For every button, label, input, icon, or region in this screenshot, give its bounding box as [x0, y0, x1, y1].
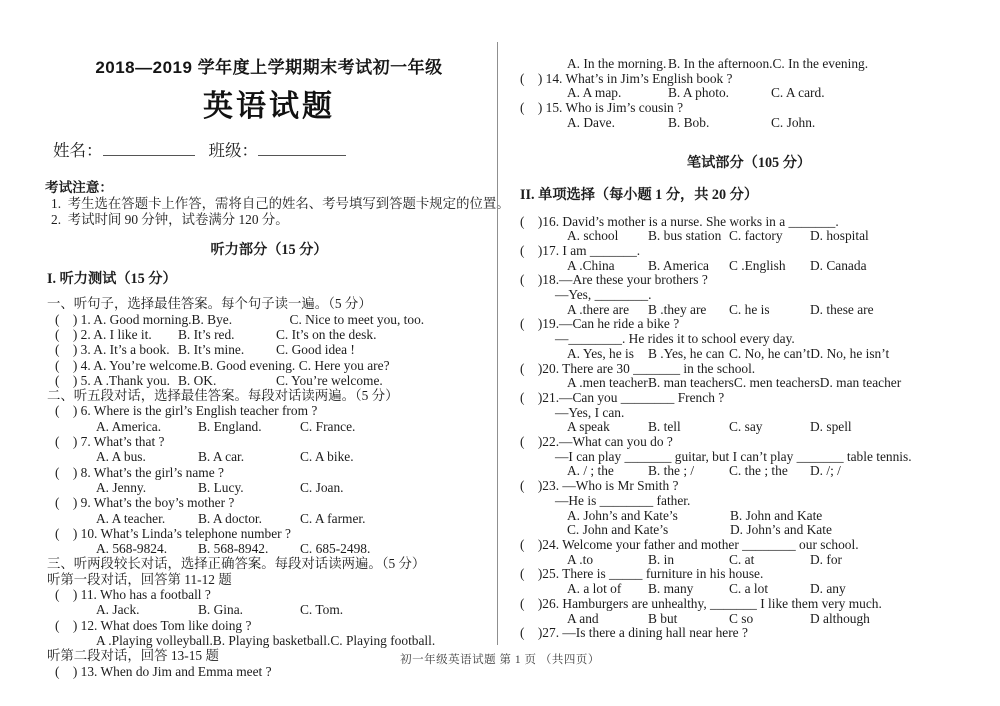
- option-item: B. In the afternoon.: [668, 57, 773, 72]
- option-item: C. the ; the: [729, 464, 810, 479]
- option-item: A. / ; the: [567, 464, 648, 479]
- exam-session-title: 2018—2019 学年度上学期期末考试初一年级: [41, 53, 497, 78]
- options-row: A speakB. tellC. sayD. spell: [518, 420, 980, 435]
- option-item: A. America.: [96, 419, 198, 434]
- option-item: A. A bus.: [96, 449, 198, 464]
- option-item: C. factory: [729, 229, 810, 244]
- option-item: B. many: [648, 582, 729, 597]
- option-item: B. man teachers: [648, 376, 734, 391]
- option-item: A. A map.: [567, 86, 668, 101]
- option-item: C .English: [729, 259, 810, 274]
- line-text: ( )23. —Who is Mr Smith ?: [520, 479, 678, 494]
- line-text: —Yes, ________.: [555, 288, 651, 303]
- option-item: D. for: [810, 553, 842, 568]
- question-line: ( ) 12. What does Tom like doing ?: [41, 618, 497, 633]
- option-item: A .men teacher: [567, 376, 648, 391]
- option-item: B .they are: [648, 303, 729, 318]
- option-item: A. Jenny.: [96, 480, 198, 495]
- exam-notes-list: 1. 考生选在答题卡上作答，需将自己的姓名、考号填写到答题卡规定的位置。2. 考…: [41, 196, 497, 228]
- options-row: C. John and Kate’sD. John’s and Kate: [518, 523, 980, 538]
- question-line: ( ) 6. Where is the girl’s English teach…: [41, 403, 497, 418]
- option-item: A .China: [567, 259, 648, 274]
- option-item: D. these are: [810, 303, 874, 318]
- question-line: ( ) 8. What’s the girl’s name ?: [41, 465, 497, 480]
- line-text: ( )25. There is _____ furniture in his h…: [520, 567, 763, 582]
- line-text: C. It’s on the desk.: [276, 327, 376, 342]
- option-item: B. bus station: [648, 229, 729, 244]
- question-line: ( )20. There are 30 _______ in the schoo…: [518, 362, 980, 377]
- line-text: 一、听句子，选择最佳答案。每个句子读一遍。（5 分）: [47, 296, 372, 311]
- option-item: C. John and Kate’s: [567, 523, 730, 538]
- line-text: B. Bye.: [192, 312, 290, 327]
- option-item: C so: [729, 612, 810, 627]
- line-text: 2. 考试时间 90 分钟，试卷满分 120 分。: [51, 212, 289, 228]
- line-text: ( ) 11. Who has a football ?: [55, 587, 211, 602]
- option-item: D. hospital: [810, 229, 869, 244]
- option-item: B. 568-8942.: [198, 541, 300, 556]
- line-text: B. Good evening.: [201, 358, 299, 373]
- line-text: —I can play _______ guitar, but I can’t …: [555, 450, 912, 465]
- line-text: ( )21.—Can you ________ French ?: [520, 391, 724, 406]
- option-item: D. man teacher: [820, 376, 901, 391]
- line-text: ( ) 2. A. I like it.: [55, 327, 178, 342]
- option-item: D. spell: [810, 420, 852, 435]
- option-item: A. 568-9824.: [96, 541, 198, 556]
- options-row: A. A map.B. A photo.C. A card.: [518, 86, 980, 101]
- text-line: 2. 考试时间 90 分钟，试卷满分 120 分。: [45, 212, 497, 228]
- question-line: ( )24. Welcome your father and mother __…: [518, 538, 980, 553]
- option-item: C. 685-2498.: [300, 541, 370, 556]
- question-line: ( )27. —Is there a dining hall near here…: [518, 626, 980, 641]
- options-row: A. schoolB. bus stationC. factoryD. hosp…: [518, 229, 980, 244]
- exam-paper-page: 2018—2019 学年度上学期期末考试初一年级 英语试题 姓名：班级： 考试注…: [0, 0, 1000, 706]
- option-item: A. a lot of: [567, 582, 648, 597]
- question-line: ( )25. There is _____ furniture in his h…: [518, 567, 980, 582]
- text-line: 1. 考生选在答题卡上作答，需将自己的姓名、考号填写到答题卡规定的位置。: [45, 196, 497, 212]
- question-line: ( )16. David’s mother is a nurse. She wo…: [518, 215, 980, 230]
- options-row: A. / ; theB. the ; /C. the ; theD. /; /: [518, 464, 980, 479]
- option-item: C. say: [729, 420, 810, 435]
- option-item: B. the ; /: [648, 464, 729, 479]
- option-item: C. France.: [300, 419, 355, 434]
- option-item: D. No, he isn’t: [810, 347, 889, 362]
- option-item: C. Tom.: [300, 602, 343, 617]
- options-row: A. Dave.B. Bob.C. John.: [518, 116, 980, 131]
- listening-part-header: 听力部分（15 分）: [41, 239, 497, 259]
- line-text: —He is ________ father.: [555, 494, 690, 509]
- question-line: ( ) 3. A. It’s a book.B. It’s mine.C. Go…: [41, 342, 497, 357]
- listening-questions-continued: A. In the morning.B. In the afternoon.C.…: [518, 57, 980, 131]
- line-text: B. It’s mine.: [178, 342, 276, 357]
- written-part-header: 笔试部分（105 分）: [518, 152, 980, 172]
- left-column: 2018—2019 学年度上学期期末考试初一年级 英语试题 姓名：班级： 考试注…: [41, 0, 497, 679]
- options-row: A .ChinaB. AmericaC .EnglishD. Canada: [518, 259, 980, 274]
- answer-line: —________. He rides it to school every d…: [518, 332, 980, 347]
- student-info-row: 姓名：班级：: [41, 137, 497, 161]
- options-row: A. A bus.B. A car.C. A bike.: [41, 449, 497, 464]
- answer-line: —Yes, I can.: [518, 406, 980, 421]
- options-row: A .there areB .they areC. he isD. these …: [518, 303, 980, 318]
- line-text: ( ) 4. A. You’re welcome.: [55, 358, 201, 373]
- options-row: A. 568-9824.B. 568-8942.C. 685-2498.: [41, 541, 497, 556]
- name-field-label: 姓名：: [53, 141, 103, 160]
- options-row: A. In the morning.B. In the afternoon.C.…: [518, 57, 980, 72]
- answer-line: —I can play _______ guitar, but I can’t …: [518, 450, 980, 465]
- option-item: B. A car.: [198, 449, 300, 464]
- line-text: ( )18.—Are these your brothers ?: [520, 273, 708, 288]
- column-divider-line: [497, 42, 498, 645]
- option-item: C. In the evening.: [773, 57, 869, 72]
- option-item: C. Joan.: [300, 480, 344, 495]
- line-text: C. Here you are?: [299, 358, 390, 373]
- line-text: C. Nice to meet you, too.: [290, 312, 425, 327]
- options-row: A .toB. inC. atD. for: [518, 553, 980, 568]
- options-row: A .Playing volleyball.B. Playing basketb…: [41, 633, 497, 648]
- line-text: —________. He rides it to school every d…: [555, 332, 795, 347]
- line-text: ( ) 9. What’s the boy’s mother ?: [55, 495, 234, 510]
- line-text: ( )20. There are 30 _______ in the schoo…: [520, 362, 755, 377]
- option-item: B. A photo.: [668, 86, 771, 101]
- question-line: ( )22.—What can you do ?: [518, 435, 980, 450]
- class-field-label: 班级：: [209, 141, 259, 160]
- question-line: ( ) 11. Who has a football ?: [41, 587, 497, 602]
- line-text: ( )27. —Is there a dining hall near here…: [520, 626, 748, 641]
- question-line: ( )18.—Are these your brothers ?: [518, 273, 980, 288]
- option-item: D although: [810, 612, 870, 627]
- question-line: ( ) 14. What’s in Jim’s English book ?: [518, 72, 980, 87]
- option-item: B. John and Kate: [730, 509, 822, 524]
- line-text: ( )26. Hamburgers are unhealthy, _______…: [520, 597, 882, 612]
- option-item: A. Dave.: [567, 116, 668, 131]
- options-row: A. Yes, he isB .Yes, he canC. No, he can…: [518, 347, 980, 362]
- exam-subject-title: 英语试题: [41, 81, 497, 125]
- line-text: ( ) 5. A .Thank you.: [55, 373, 178, 388]
- line-text: ( ) 3. A. It’s a book.: [55, 342, 178, 357]
- text-line: 一、听句子，选择最佳答案。每个句子读一遍。（5 分）: [41, 296, 497, 311]
- option-item: B. Playing basketball.: [213, 633, 331, 648]
- question-line: ( ) 2. A. I like it.B. It’s red.C. It’s …: [41, 327, 497, 342]
- option-item: A and: [567, 612, 648, 627]
- option-item: B but: [648, 612, 729, 627]
- line-text: ( )16. David’s mother is a nurse. She wo…: [520, 215, 839, 230]
- line-text: ( )22.—What can you do ?: [520, 435, 673, 450]
- options-row: A. America.B. England.C. France.: [41, 419, 497, 434]
- option-item: B. A doctor.: [198, 511, 300, 526]
- option-item: C. he is: [729, 303, 810, 318]
- option-item: A speak: [567, 420, 648, 435]
- options-row: A. Jack.B. Gina.C. Tom.: [41, 602, 497, 617]
- option-item: A. A teacher.: [96, 511, 198, 526]
- line-text: ( )19.—Can he ride a bike ?: [520, 317, 679, 332]
- option-item: B. Lucy.: [198, 480, 300, 495]
- line-text: ( ) 10. What’s Linda’s telephone number …: [55, 526, 291, 541]
- text-line: 听第一段对话，回答第 11-12 题: [41, 572, 497, 587]
- line-text: 1. 考生选在答题卡上作答，需将自己的姓名、考号填写到答题卡规定的位置。: [51, 196, 510, 212]
- text-line: 二、听五段对话，选择最佳答案。每段对话读两遍。（5 分）: [41, 388, 497, 403]
- options-row: A andB butC soD although: [518, 612, 980, 627]
- option-item: A. In the morning.: [567, 57, 668, 72]
- option-item: A .Playing volleyball.: [96, 633, 213, 648]
- option-item: A. Yes, he is: [567, 347, 648, 362]
- option-item: D. Canada: [810, 259, 867, 274]
- answer-line: —He is ________ father.: [518, 494, 980, 509]
- question-line: ( )21.—Can you ________ French ?: [518, 391, 980, 406]
- line-text: ( ) 15. Who is Jim’s cousin ?: [520, 101, 683, 116]
- option-item: B. Gina.: [198, 602, 300, 617]
- option-item: C. Playing football.: [330, 633, 435, 648]
- listening-section-title: I. 听力测试（15 分）: [41, 268, 497, 288]
- exam-notes-heading: 考试注意：: [41, 176, 497, 196]
- option-item: C. No, he can’t: [729, 347, 810, 362]
- option-item: C. A bike.: [300, 449, 354, 464]
- options-row: A .men teacherB. man teachersC. men teac…: [518, 376, 980, 391]
- option-item: C. men teachers: [734, 376, 820, 391]
- option-item: C. A farmer.: [300, 511, 365, 526]
- question-line: ( )17. I am _______.: [518, 244, 980, 259]
- question-line: ( ) 1. A. Good morning.B. Bye.C. Nice to…: [41, 312, 497, 327]
- option-item: A .there are: [567, 303, 648, 318]
- option-item: B. Bob.: [668, 116, 771, 131]
- class-blank: [258, 141, 346, 156]
- option-item: D. any: [810, 582, 846, 597]
- line-text: C. You’re welcome.: [276, 373, 383, 388]
- options-row: A. Jenny.B. Lucy.C. Joan.: [41, 480, 497, 495]
- option-item: A. Jack.: [96, 602, 198, 617]
- line-text: ( ) 12. What does Tom like doing ?: [55, 618, 251, 633]
- options-row: A. A teacher.B. A doctor.C. A farmer.: [41, 511, 497, 526]
- option-item: B. England.: [198, 419, 300, 434]
- option-item: C. a lot: [729, 582, 810, 597]
- question-line: ( ) 7. What’s that ?: [41, 434, 497, 449]
- option-item: B. America: [648, 259, 729, 274]
- option-item: B. in: [648, 553, 729, 568]
- written-section-title: II. 单项选择（每小题 1 分，共 20 分）: [518, 184, 980, 204]
- line-text: ( )17. I am _______.: [520, 244, 640, 259]
- line-text: 听第一段对话，回答第 11-12 题: [47, 572, 232, 587]
- line-text: ( )24. Welcome your father and mother __…: [520, 538, 859, 553]
- option-item: D. /; /: [810, 464, 841, 479]
- line-text: ( ) 14. What’s in Jim’s English book ?: [520, 72, 733, 87]
- answer-line: —Yes, ________.: [518, 288, 980, 303]
- option-item: B. tell: [648, 420, 729, 435]
- question-line: ( )26. Hamburgers are unhealthy, _______…: [518, 597, 980, 612]
- question-line: ( )23. —Who is Mr Smith ?: [518, 479, 980, 494]
- line-text: B. It’s red.: [178, 327, 276, 342]
- line-text: C. Good idea !: [276, 342, 355, 357]
- line-text: 二、听五段对话，选择最佳答案。每段对话读两遍。（5 分）: [47, 388, 399, 403]
- option-item: C. John.: [771, 116, 815, 131]
- line-text: ( ) 6. Where is the girl’s English teach…: [55, 403, 317, 418]
- question-line: ( )19.—Can he ride a bike ?: [518, 317, 980, 332]
- option-item: D. John’s and Kate: [730, 523, 832, 538]
- question-line: ( ) 5. A .Thank you.B. OK.C. You’re welc…: [41, 373, 497, 388]
- option-item: C. A card.: [771, 86, 825, 101]
- options-row: A. John’s and Kate’sB. John and Kate: [518, 509, 980, 524]
- option-item: A .to: [567, 553, 648, 568]
- line-text: 三、听两段较长对话，选择正确答案。每段对话读两遍。（5 分）: [47, 556, 425, 571]
- page-footer: 初一年级英语试题 第 1 页 （共四页）: [0, 651, 1000, 667]
- question-line: ( ) 9. What’s the boy’s mother ?: [41, 495, 497, 510]
- question-line: ( ) 4. A. You’re welcome.B. Good evening…: [41, 358, 497, 373]
- multiple-choice-questions: ( )16. David’s mother is a nurse. She wo…: [518, 215, 980, 641]
- line-text: B. OK.: [178, 373, 276, 388]
- options-row: A. a lot ofB. manyC. a lotD. any: [518, 582, 980, 597]
- listening-questions: 一、听句子，选择最佳答案。每个句子读一遍。（5 分）( ) 1. A. Good…: [41, 296, 497, 678]
- line-text: ( ) 7. What’s that ?: [55, 434, 164, 449]
- option-item: A. John’s and Kate’s: [567, 509, 730, 524]
- right-column: A. In the morning.B. In the afternoon.C.…: [518, 0, 980, 641]
- question-line: ( ) 15. Who is Jim’s cousin ?: [518, 101, 980, 116]
- line-text: ( ) 1. A. Good morning.: [55, 312, 192, 327]
- option-item: A. school: [567, 229, 648, 244]
- question-line: ( ) 10. What’s Linda’s telephone number …: [41, 526, 497, 541]
- line-text: ( ) 8. What’s the girl’s name ?: [55, 465, 224, 480]
- name-blank: [103, 141, 195, 156]
- text-line: 三、听两段较长对话，选择正确答案。每段对话读两遍。（5 分）: [41, 556, 497, 571]
- option-item: C. at: [729, 553, 810, 568]
- option-item: B .Yes, he can: [648, 347, 729, 362]
- line-text: —Yes, I can.: [555, 406, 624, 421]
